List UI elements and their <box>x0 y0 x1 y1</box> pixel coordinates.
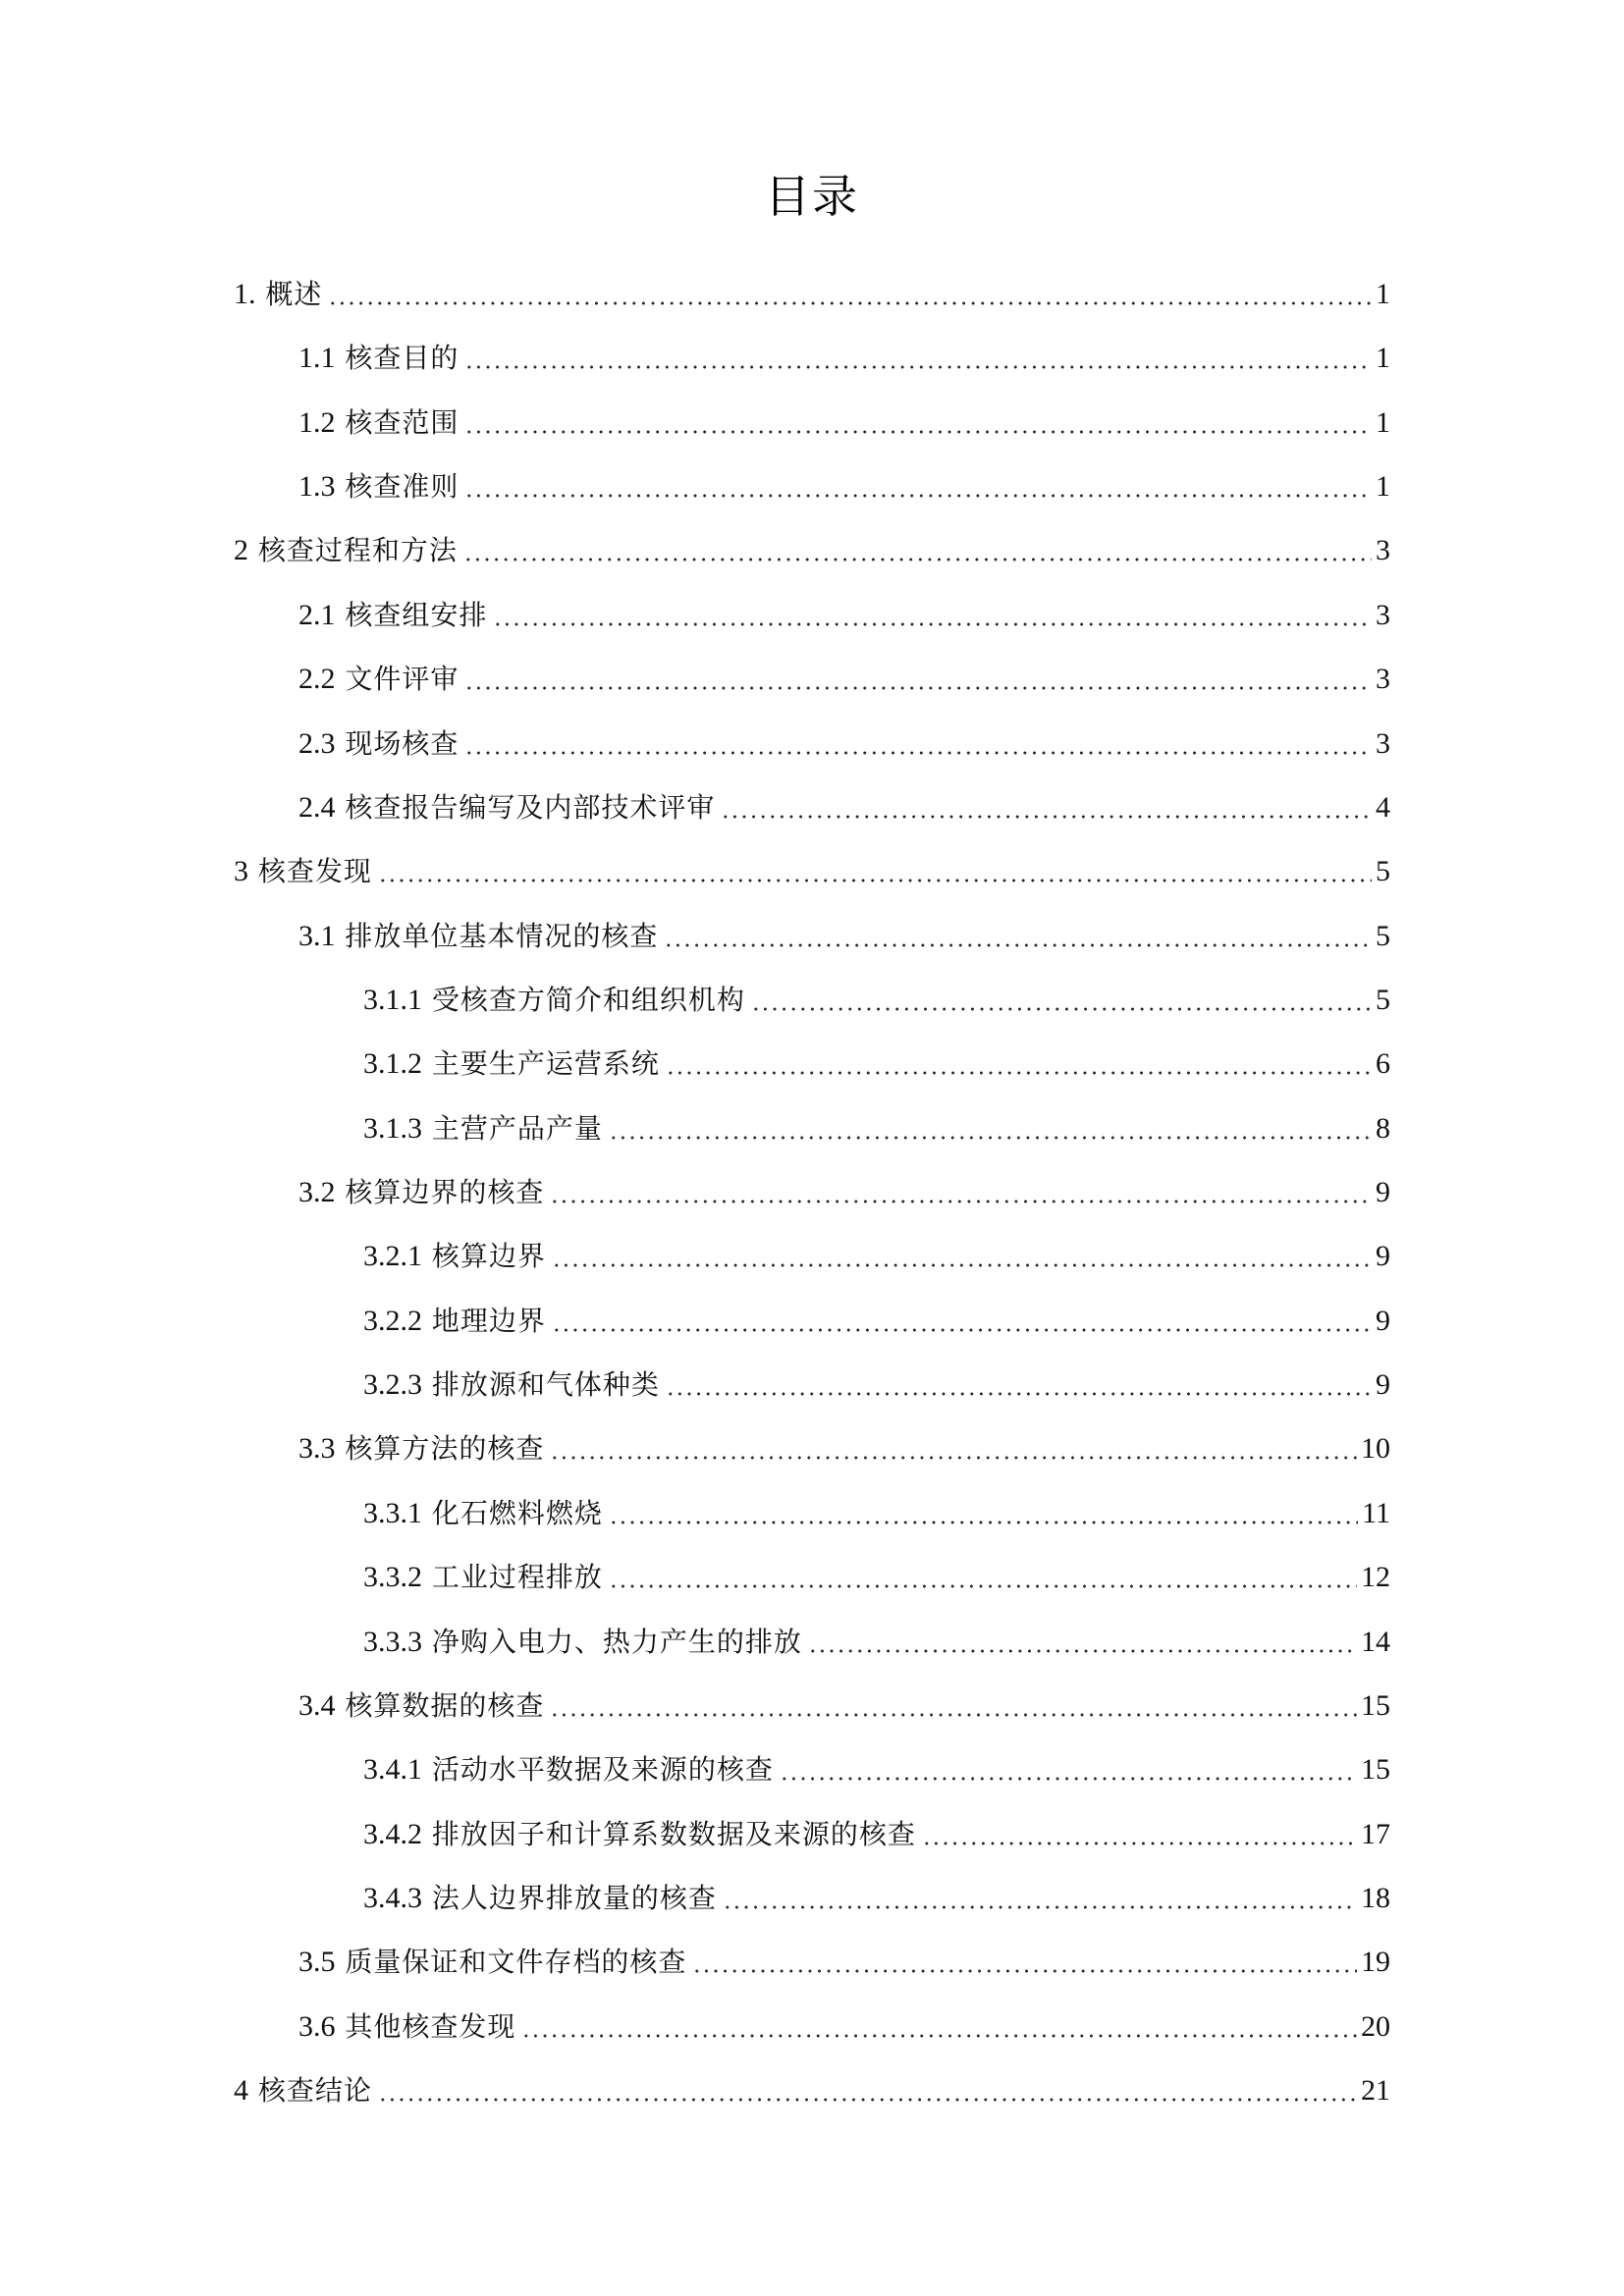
toc-entry-page-number: 15 <box>1361 1686 1390 1726</box>
toc-entry-page-number: 14 <box>1361 1623 1390 1662</box>
toc-entry-number: 3.4 <box>298 1689 336 1722</box>
toc-entry[interactable]: 3.4 核算数据的核查15 <box>298 1682 1390 1726</box>
toc-entry-label: 3.1.1 受核查方简介和组织机构 <box>363 981 745 1020</box>
toc-entry-number: 1. <box>234 278 256 310</box>
dot-leader <box>721 815 1372 819</box>
toc-entry-text: 概述 <box>256 278 323 310</box>
toc-entry-number: 2.2 <box>298 663 336 695</box>
toc-entry-number: 3.6 <box>298 2010 336 2043</box>
toc-entry-page-number: 18 <box>1361 1879 1390 1918</box>
dot-leader <box>692 1969 1357 1973</box>
toc-entry-number: 2.3 <box>298 727 336 760</box>
toc-entry-label: 3.4.1 活动水平数据及来源的核查 <box>363 1750 774 1789</box>
toc-entry-page-number: 1 <box>1376 275 1390 314</box>
toc-entry-text: 核算方法的核查 <box>336 1432 545 1465</box>
toc-entry-page-number: 17 <box>1361 1815 1390 1854</box>
toc-entry-label: 2.1 核查组安排 <box>298 596 487 635</box>
toc-entry-label: 3.1.3 主营产品产量 <box>363 1109 603 1148</box>
toc-entry-text: 排放源和气体种类 <box>422 1368 660 1401</box>
toc-entry[interactable]: 3.4.3 法人边界排放量的核查18 <box>363 1875 1390 1918</box>
toc-entry-label: 3.4 核算数据的核查 <box>298 1686 544 1726</box>
toc-entry-page-number: 20 <box>1361 2007 1390 2047</box>
toc-entry-text: 核查过程和方法 <box>248 534 458 566</box>
toc-entry-text: 工业过程排放 <box>422 1561 603 1593</box>
toc-entry-number: 3.2 <box>298 1176 336 1208</box>
toc-entry-number: 3.2.3 <box>363 1368 422 1401</box>
dot-leader <box>378 879 1372 882</box>
toc-entry[interactable]: 3.1.3 主营产品产量8 <box>363 1105 1390 1148</box>
toc-entry-number: 3.3.2 <box>363 1561 422 1593</box>
toc-entry-page-number: 9 <box>1376 1302 1390 1341</box>
toc-entry-number: 3.4.2 <box>363 1818 422 1850</box>
toc-entry[interactable]: 3.3.1 化石燃料燃烧11 <box>363 1490 1390 1533</box>
dot-leader <box>464 494 1372 498</box>
toc-entry[interactable]: 1.1 核查目的1 <box>298 335 1390 378</box>
toc-entry[interactable]: 3.4.2 排放因子和计算系数数据及来源的核查17 <box>363 1811 1390 1854</box>
toc-entry-text: 其他核查发现 <box>336 2010 516 2043</box>
toc-entry-text: 质量保证和文件存档的核查 <box>336 1946 687 1978</box>
dot-leader <box>609 1584 1357 1588</box>
toc-entry-page-number: 5 <box>1376 981 1390 1020</box>
dot-leader <box>808 1649 1357 1653</box>
toc-entry-number: 2.1 <box>298 599 336 631</box>
toc-entry-text: 主营产品产量 <box>422 1112 603 1145</box>
toc-entry-number: 3.4.3 <box>363 1882 422 1914</box>
toc-entry[interactable]: 3 核查发现5 <box>234 848 1390 891</box>
toc-entry-label: 2.2 文件评审 <box>298 660 459 699</box>
toc-entry-number: 3 <box>234 855 248 887</box>
toc-entry-number: 3.3.3 <box>363 1626 422 1658</box>
toc-entry[interactable]: 3.6 其他核查发现20 <box>298 2003 1390 2047</box>
toc-entry-number: 3.2.2 <box>363 1305 422 1337</box>
toc-entry-label: 3.5 质量保证和文件存档的核查 <box>298 1943 686 1982</box>
toc-entry-page-number: 9 <box>1376 1237 1390 1276</box>
toc-entry-label: 3.3.1 化石燃料燃烧 <box>363 1494 603 1533</box>
toc-entry-text: 主要生产运营系统 <box>422 1047 660 1080</box>
toc-entry-text: 核查目的 <box>336 342 460 374</box>
toc-entry[interactable]: 2 核查过程和方法3 <box>234 527 1390 570</box>
toc-entry-label: 1. 概述 <box>234 275 322 314</box>
dot-leader <box>751 1007 1372 1011</box>
toc-entry-number: 2 <box>234 534 248 566</box>
toc-entry[interactable]: 2.4 核查报告编写及内部技术评审4 <box>298 784 1390 828</box>
toc-entry-number: 1.1 <box>298 342 336 374</box>
dot-leader <box>552 1263 1372 1267</box>
document-page: 目录 1. 概述11.1 核查目的11.2 核查范围11.3 核查准则12 核查… <box>0 0 1624 2296</box>
toc-entry[interactable]: 3.1 排放单位基本情况的核查5 <box>298 913 1390 956</box>
toc-entry[interactable]: 2.1 核查组安排3 <box>298 592 1390 635</box>
dot-leader <box>464 751 1372 755</box>
toc-entry[interactable]: 1.3 核查准则1 <box>298 463 1390 507</box>
toc-entry[interactable]: 3.2.3 排放源和气体种类9 <box>363 1362 1390 1405</box>
toc-entry-page-number: 9 <box>1376 1365 1390 1405</box>
toc-entry-page-number: 3 <box>1376 531 1390 570</box>
toc-entry-label: 2 核查过程和方法 <box>234 531 458 570</box>
dot-leader <box>464 365 1372 369</box>
toc-title: 目录 <box>0 167 1624 226</box>
dot-leader <box>463 558 1372 561</box>
toc-entry-text: 法人边界排放量的核查 <box>422 1882 717 1914</box>
toc-entry-number: 3.1 <box>298 920 336 952</box>
toc-entry-number: 3.3.1 <box>363 1497 422 1529</box>
toc-entry-page-number: 15 <box>1361 1750 1390 1789</box>
toc-entry-page-number: 3 <box>1376 596 1390 635</box>
toc-entry-label: 3.1 排放单位基本情况的核查 <box>298 917 658 956</box>
toc-entry-text: 核查准则 <box>336 470 460 503</box>
toc-entry[interactable]: 3.4.1 活动水平数据及来源的核查15 <box>363 1746 1390 1789</box>
toc-entry-page-number: 1 <box>1376 467 1390 507</box>
dot-leader <box>521 2034 1357 2038</box>
toc-entry-text: 核算数据的核查 <box>336 1689 545 1722</box>
dot-leader <box>464 686 1372 690</box>
toc-entry-text: 核查发现 <box>248 855 372 887</box>
toc-entry-page-number: 6 <box>1376 1044 1390 1084</box>
toc-entry-page-number: 9 <box>1376 1173 1390 1212</box>
toc-entry-page-number: 3 <box>1376 660 1390 699</box>
toc-entry-text: 核查结论 <box>248 2074 372 2107</box>
toc-entry-label: 3.3.2 工业过程排放 <box>363 1558 603 1597</box>
toc-entry-number: 1.3 <box>298 470 336 503</box>
toc-entry-label: 3.4.3 法人边界排放量的核查 <box>363 1879 717 1918</box>
dot-leader <box>780 1777 1357 1781</box>
toc-entry-label: 3.3 核算方法的核查 <box>298 1429 544 1468</box>
toc-entry-text: 活动水平数据及来源的核查 <box>422 1753 774 1786</box>
dot-leader <box>922 1842 1357 1845</box>
toc-entry-label: 3.3.3 净购入电力、热力产生的排放 <box>363 1623 802 1662</box>
dot-leader <box>609 1521 1358 1524</box>
toc-entry-page-number: 8 <box>1376 1109 1390 1148</box>
toc-entry-number: 2.4 <box>298 791 336 824</box>
toc-entry[interactable]: 4 核查结论21 <box>234 2067 1390 2110</box>
toc-entry-text: 核查组安排 <box>336 599 488 631</box>
toc-entry-label: 4 核查结论 <box>234 2071 372 2110</box>
toc-entry-number: 3.1.1 <box>363 984 422 1016</box>
toc-entry-label: 1.2 核查范围 <box>298 403 459 443</box>
toc-entry-text: 受核查方简介和组织机构 <box>422 984 745 1016</box>
toc-entry-text: 净购入电力、热力产生的排放 <box>422 1626 802 1658</box>
toc-entry-text: 核查报告编写及内部技术评审 <box>336 791 716 824</box>
dot-leader <box>550 1456 1357 1460</box>
dot-leader <box>609 1136 1372 1140</box>
toc-entry-label: 2.3 现场核查 <box>298 724 459 764</box>
dot-leader <box>666 1392 1372 1396</box>
toc-entry-number: 3.2.1 <box>363 1240 422 1272</box>
toc-entry-label: 1.1 核查目的 <box>298 339 459 378</box>
toc-entry-label: 3.4.2 排放因子和计算系数数据及来源的核查 <box>363 1815 916 1854</box>
toc-entry-number: 4 <box>234 2074 248 2107</box>
toc-entry[interactable]: 1.2 核查范围1 <box>298 400 1390 443</box>
toc-entry[interactable]: 3.3.3 净购入电力、热力产生的排放14 <box>363 1619 1390 1662</box>
toc-entry-page-number: 1 <box>1376 339 1390 378</box>
dot-leader <box>378 2098 1357 2102</box>
toc-entry[interactable]: 3.5 质量保证和文件存档的核查19 <box>298 1939 1390 1982</box>
dot-leader <box>464 430 1372 434</box>
toc-entry[interactable]: 3.1.1 受核查方简介和组织机构5 <box>363 977 1390 1020</box>
toc-entry-page-number: 4 <box>1376 788 1390 828</box>
toc-entry[interactable]: 3.3.2 工业过程排放12 <box>363 1554 1390 1597</box>
toc-entry-label: 3.2.2 地理边界 <box>363 1302 546 1341</box>
toc-entry-page-number: 3 <box>1376 724 1390 764</box>
dot-leader <box>666 1071 1372 1075</box>
toc-entry-page-number: 5 <box>1376 852 1390 891</box>
dot-leader <box>723 1905 1357 1909</box>
toc-entry-label: 1.3 核查准则 <box>298 467 459 507</box>
toc-entry[interactable]: 3.2.2 地理边界9 <box>363 1298 1390 1341</box>
toc-entry-label: 3.1.2 主要生产运营系统 <box>363 1044 660 1084</box>
dot-leader <box>550 1713 1357 1717</box>
toc-entry-text: 排放因子和计算系数数据及来源的核查 <box>422 1818 916 1850</box>
toc-entry-text: 文件评审 <box>336 663 460 695</box>
toc-entry-page-number: 19 <box>1361 1943 1390 1982</box>
toc-entry-number: 3.4.1 <box>363 1753 422 1786</box>
toc-entry[interactable]: 1. 概述1 <box>234 271 1390 314</box>
toc-entry-page-number: 10 <box>1361 1429 1390 1468</box>
toc-entry-number: 3.1.3 <box>363 1112 422 1145</box>
toc-entry-number: 3.5 <box>298 1946 336 1978</box>
toc-entry-label: 3 核查发现 <box>234 852 372 891</box>
toc-entry[interactable]: 3.2 核算边界的核查9 <box>298 1169 1390 1212</box>
toc-entry-label: 3.6 其他核查发现 <box>298 2007 515 2047</box>
toc-entry-number: 3.3 <box>298 1432 336 1465</box>
dot-leader <box>493 622 1372 626</box>
toc-entry-page-number: 21 <box>1361 2071 1390 2110</box>
dot-leader <box>550 1200 1372 1203</box>
toc-entry[interactable]: 3.2.1 核算边界9 <box>363 1233 1390 1276</box>
toc-entry-number: 1.2 <box>298 406 336 439</box>
toc-entry-number: 3.1.2 <box>363 1047 422 1080</box>
dot-leader <box>664 943 1372 947</box>
toc-entry-text: 核查范围 <box>336 406 460 439</box>
toc-entry-page-number: 1 <box>1376 403 1390 443</box>
toc-entry[interactable]: 2.3 现场核查3 <box>298 721 1390 764</box>
toc-entry-label: 3.2 核算边界的核查 <box>298 1173 544 1212</box>
toc-entry-label: 2.4 核查报告编写及内部技术评审 <box>298 788 715 828</box>
toc-entry-page-number: 12 <box>1361 1558 1390 1597</box>
toc-entry-text: 化石燃料燃烧 <box>422 1497 603 1529</box>
toc-entry-text: 现场核查 <box>336 727 460 760</box>
toc-entry-text: 地理边界 <box>422 1305 546 1337</box>
dot-leader <box>328 301 1372 305</box>
toc-entry-text: 核算边界 <box>422 1240 546 1272</box>
toc-entry[interactable]: 3.3 核算方法的核查10 <box>298 1425 1390 1468</box>
toc-entry[interactable]: 3.1.2 主要生产运营系统6 <box>363 1041 1390 1084</box>
toc-entry-page-number: 11 <box>1362 1494 1390 1533</box>
toc-entry-page-number: 5 <box>1376 917 1390 956</box>
dot-leader <box>552 1328 1372 1332</box>
toc-entry-text: 核算边界的核查 <box>336 1176 545 1208</box>
toc-entry-text: 排放单位基本情况的核查 <box>336 920 659 952</box>
toc-entry-label: 3.2.3 排放源和气体种类 <box>363 1365 660 1405</box>
toc-entry-label: 3.2.1 核算边界 <box>363 1237 546 1276</box>
toc-entry[interactable]: 2.2 文件评审3 <box>298 656 1390 699</box>
